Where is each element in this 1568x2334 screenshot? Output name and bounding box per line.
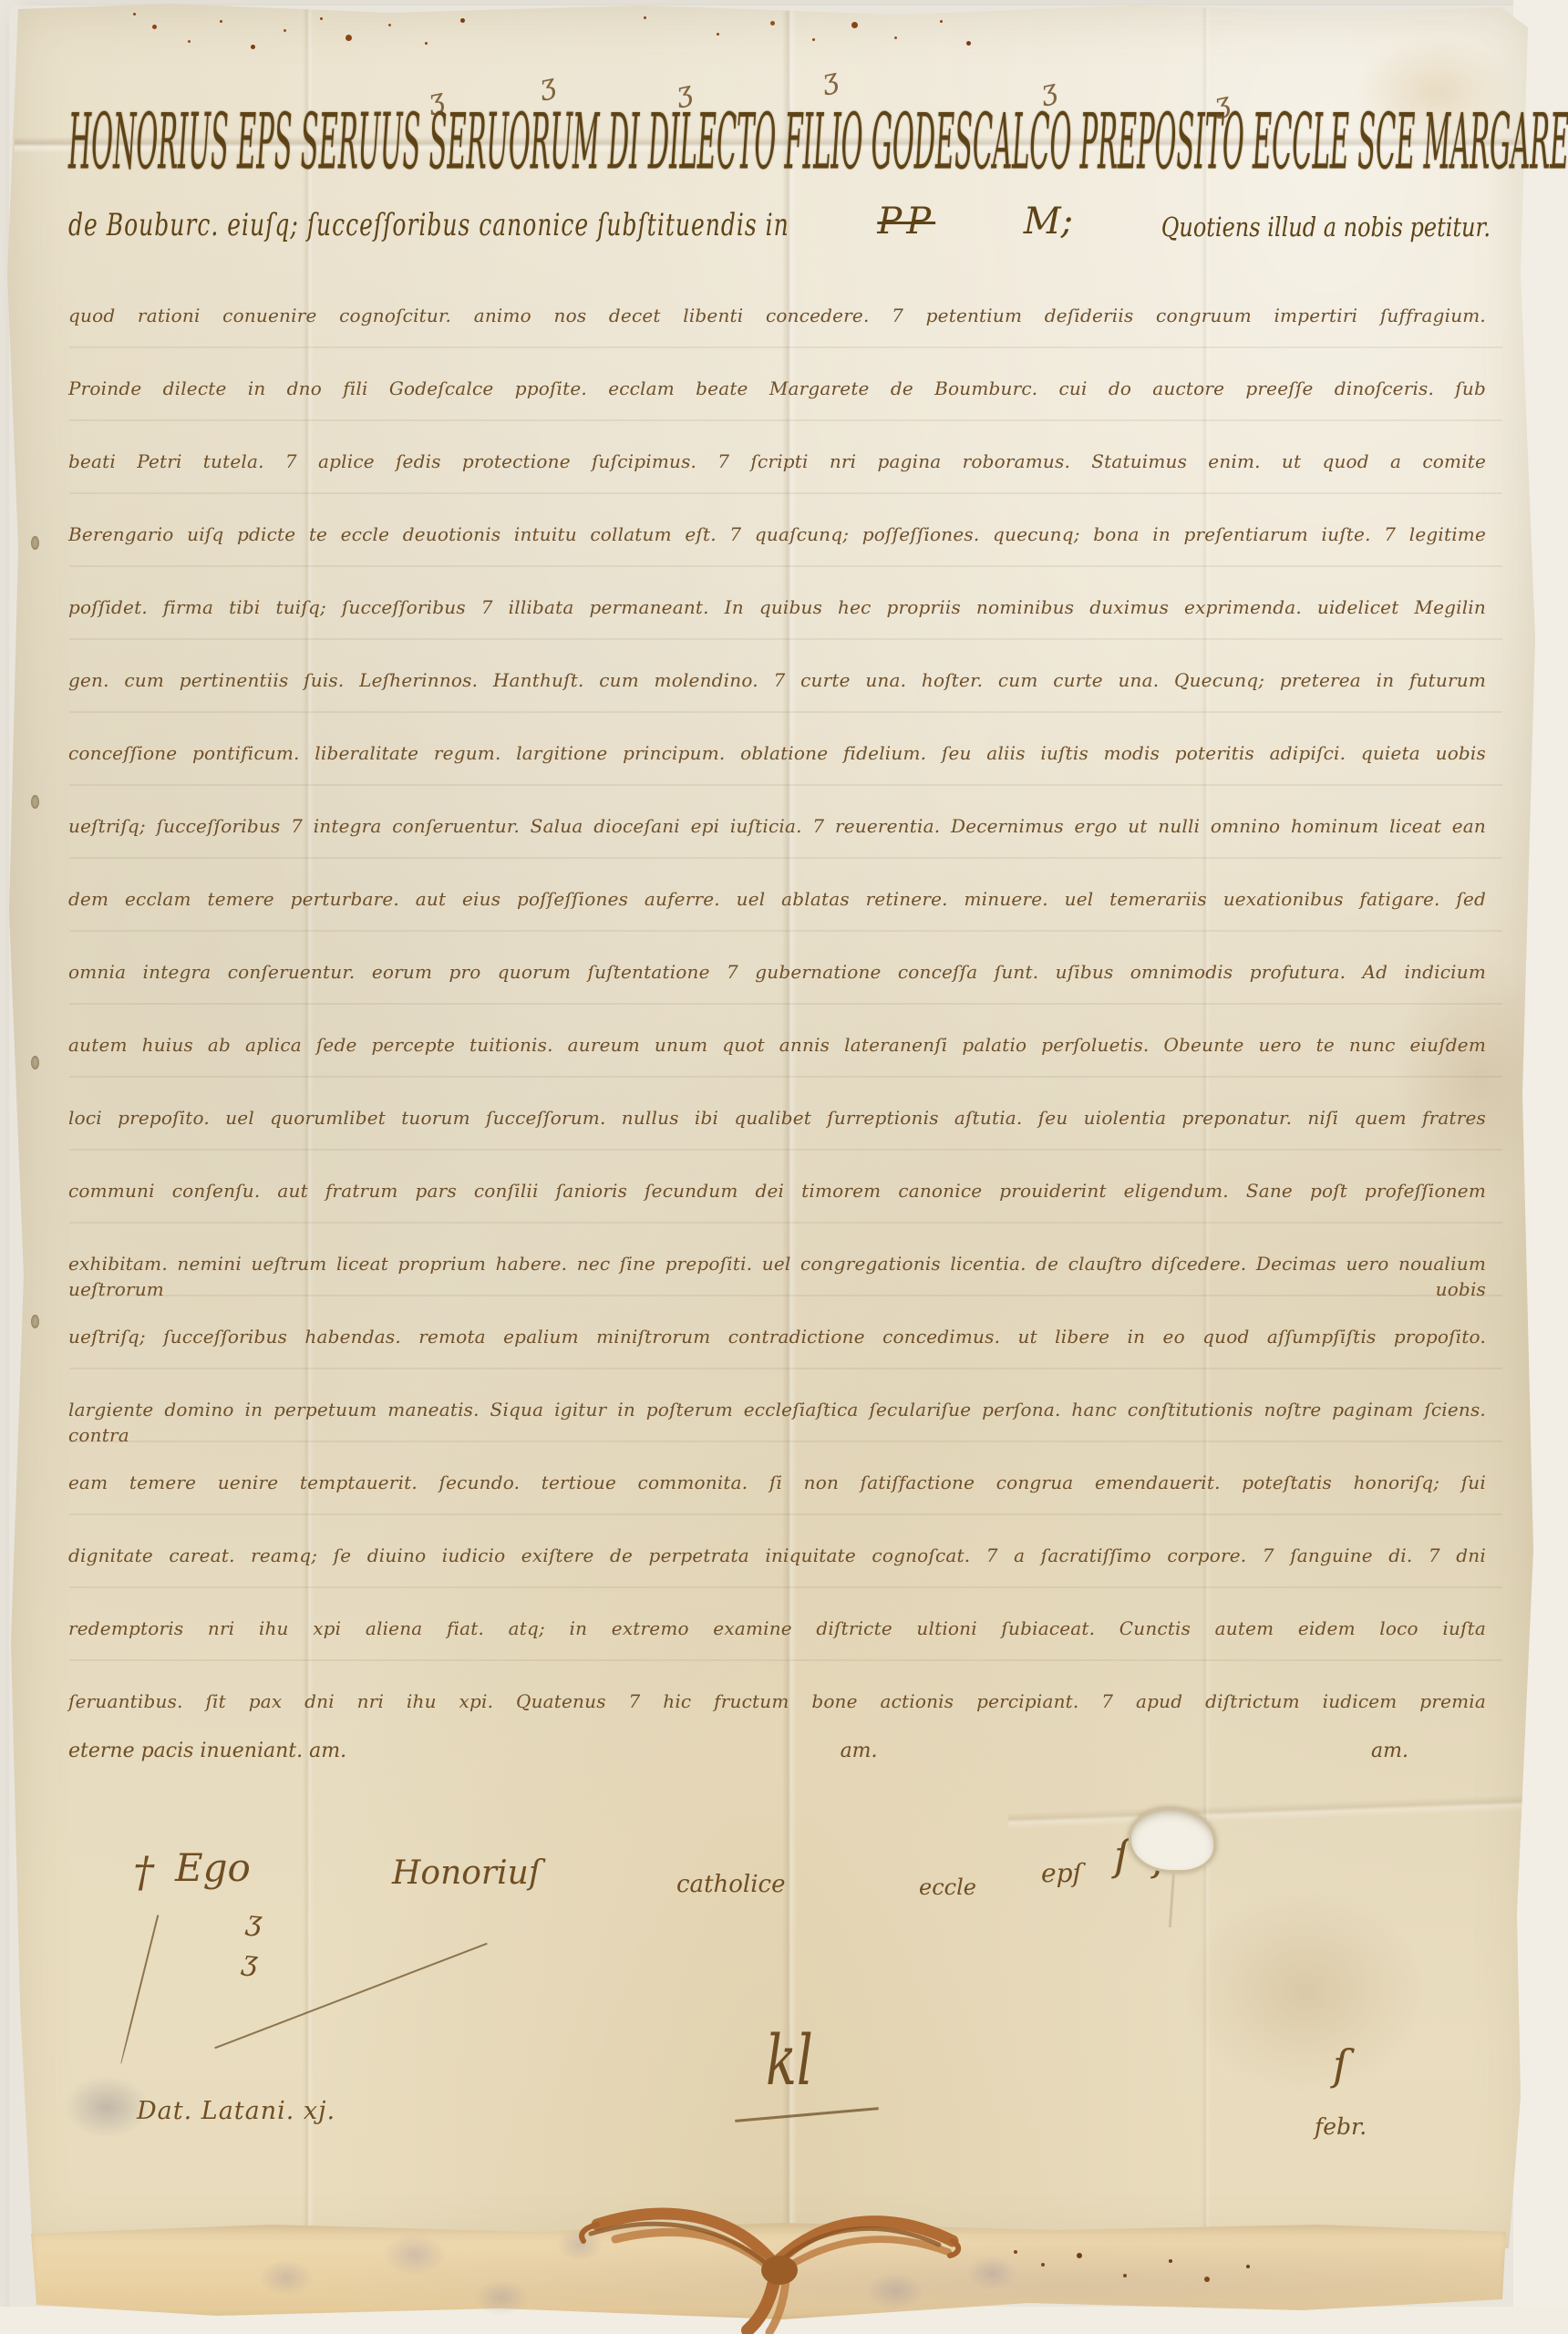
address-right: Quotiens illud a nobis petitur.: [1161, 212, 1491, 243]
formula-pp: PP: [877, 201, 935, 243]
manuscript-line: Berengario uiſq pdicte te eccle deuotion…: [68, 474, 1486, 547]
edge-slit: [31, 795, 39, 809]
manuscript-body: quod rationi conuenire cognoſcitur. anim…: [68, 255, 1486, 1714]
dateline-place: Dat. Latani. xj.: [137, 2097, 335, 2125]
ink-speckles: [133, 13, 136, 15]
manuscript-line: dignitate careat. reamq; ſe diuino iudic…: [68, 1495, 1486, 1568]
signature-name: Honoriuſ: [392, 1854, 541, 1892]
amen-right: am.: [1371, 1740, 1408, 1762]
manuscript-line: beati Petri tutela. 7 aplice ſedis prote…: [68, 401, 1486, 474]
formula-m: M;: [1024, 201, 1073, 243]
signature-ecclesie: eccle: [919, 1874, 976, 1900]
manuscript-line: dem ecclam temere perturbare. aut eius p…: [68, 839, 1486, 912]
signature-cross: †: [133, 1847, 154, 1896]
heading-text: HONORIUS EPS SERUUS SERUORUM DI DILECTO …: [68, 97, 1491, 187]
amen-center: am.: [841, 1740, 878, 1762]
closing-left: eterne pacis inueniant. am.: [68, 1740, 346, 1762]
manuscript-line: communi conſenſu. aut fratrum pars conſi…: [68, 1131, 1486, 1203]
manuscript-line: ueſtriſq; ſucceſſoribus 7 integra conſer…: [68, 766, 1486, 839]
signature-catholice: catholice: [676, 1871, 786, 1898]
edge-slit: [31, 1056, 39, 1069]
manuscript-line: poſſidet. firma tibi tuiſq; ſucceſſoribu…: [68, 547, 1486, 620]
manuscript-line: autem huius ab aplica ſede percepte tuit…: [68, 985, 1486, 1058]
manuscript-line: conceſſione pontificum. liberalitate reg…: [68, 693, 1486, 766]
manuscript-line: redemptoris nri ihu xpi aliena fiat. atq…: [68, 1568, 1486, 1641]
fold-crease-horizontal-low: [1008, 1794, 1537, 1829]
closing-line: eterne pacis inueniant. am. am. am.: [68, 1740, 1408, 1762]
dateline-kalendas: kl: [766, 2021, 813, 2102]
plica-ink-dots: [1014, 2250, 1017, 2254]
signature-episcopus: epſ: [1041, 1858, 1082, 1888]
signature-loop-flourish: ʒ ʒ: [240, 1901, 263, 1982]
plica-stain: [259, 2259, 314, 2296]
manuscript-line: Proinde dilecte in dno fili Godeſcalce p…: [68, 328, 1486, 401]
manuscript-line: omnia integra conſeruentur. eorum pro qu…: [68, 912, 1486, 985]
seal-cord: [547, 2186, 1003, 2334]
manuscript-line: eam temere uenire temptauerit. ſecundo. …: [68, 1422, 1486, 1495]
dateline-month-flourish: ſ: [1333, 2040, 1348, 2090]
address-line: de Bouburc. eiuſq; ſucceſſoribus canonic…: [68, 179, 1491, 243]
edge-slit: [31, 536, 39, 550]
manuscript-line: largiente domino in perpetuum maneatis. …: [68, 1349, 1486, 1422]
dateline-month: febr.: [1315, 2113, 1367, 2140]
manuscript-line: ſeruantibus. ſit pax dni nri ihu xpi. Qu…: [68, 1641, 1486, 1714]
manuscript-line: loci prepoſito. uel quorumlibet tuorum ſ…: [68, 1058, 1486, 1131]
plica-stain: [474, 2279, 529, 2316]
plica-stain: [383, 2234, 447, 2276]
manuscript-line: gen. cum pertinentiis ſuis. Leſherinnos.…: [68, 620, 1486, 693]
signature-ego: Ego: [175, 1845, 251, 1890]
manuscript-line: exhibitam. nemini ueſtrum liceat propriu…: [68, 1203, 1486, 1276]
manuscript-line: quod rationi conuenire cognoſcitur. anim…: [68, 255, 1486, 328]
parchment-hole: [1129, 1807, 1216, 1873]
edge-slit: [31, 1315, 39, 1328]
address-left: de Bouburc. eiuſq; ſucceſſoribus canonic…: [68, 207, 789, 243]
